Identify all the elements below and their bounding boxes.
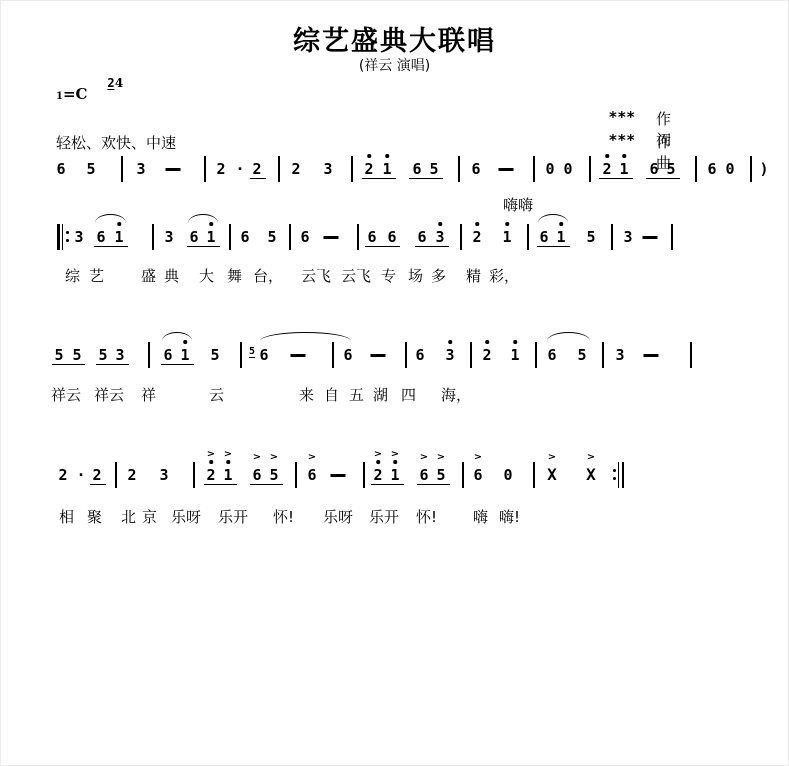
repeat-dot [613, 469, 616, 472]
note: 6 [367, 228, 376, 246]
key-signature: 1=C [56, 85, 87, 103]
lyric-text: 云飞 [301, 265, 331, 286]
note: 2 [127, 466, 136, 484]
octave-dot-icon [385, 154, 389, 158]
note: 3 [435, 228, 444, 246]
accent-mark-icon: > [270, 455, 278, 462]
octave-dot-icon [376, 460, 380, 464]
slur-arc [547, 332, 590, 341]
lyric-text: 场 [408, 265, 423, 286]
barline [204, 156, 206, 182]
sheet-music-page: 综艺盛典大联唱 (祥云 演唱) 1=C 2 4 *** 作词 *** 作曲 轻松… [0, 0, 789, 766]
octave-dot-icon [448, 340, 452, 344]
lyric-text: 乐呀 [171, 506, 201, 527]
note: 1 [223, 466, 232, 484]
duration-dash [644, 354, 659, 357]
octave-dot-icon [505, 222, 509, 226]
music-line-2: 3613616566663216153 [1, 228, 789, 258]
eighth-underline [250, 484, 283, 485]
barline [750, 156, 752, 182]
accent-mark-icon: > [420, 455, 428, 462]
octave-dot-icon [622, 154, 626, 158]
repeat-dot [613, 477, 616, 480]
note: 6 [307, 466, 316, 484]
eighth-underline [365, 246, 400, 247]
dotted-note-dot: · [235, 160, 244, 178]
barline [460, 224, 462, 250]
duration-dash [324, 236, 339, 239]
eighth-underline [599, 178, 633, 179]
lyric-text: 舞 [227, 265, 242, 286]
lyric-text: 大 [199, 265, 214, 286]
barline [289, 224, 291, 250]
lyric-text: 乐开 [369, 506, 399, 527]
lyric-text: 五 [349, 384, 364, 405]
note: 1 [502, 228, 511, 246]
octave-dot-icon [485, 340, 489, 344]
eighth-underline [250, 178, 266, 179]
eighth-underline [362, 178, 396, 179]
octave-dot-icon [393, 460, 397, 464]
lyric-text: 北 [121, 506, 136, 527]
composer-name: *** [609, 131, 636, 149]
note: 2 [482, 346, 491, 364]
lyric-text: 海， [441, 384, 471, 405]
barline [229, 224, 231, 250]
lyric-text: 彩， [489, 265, 519, 286]
barline [690, 342, 692, 368]
lyric-text: 相 [59, 506, 74, 527]
barline [357, 224, 359, 250]
eighth-underline [52, 364, 85, 365]
slur-arc [260, 332, 351, 341]
note: 2 [472, 228, 481, 246]
lyric-text: 嗨 [473, 506, 488, 527]
note: 5 [586, 228, 595, 246]
music-line-4: 2·2232>1>6>5>6>2>1>6>5>6>0X>X> [1, 466, 789, 496]
eighth-underline [409, 178, 443, 179]
time-signature: 2 4 [111, 77, 127, 90]
note: 5 [54, 346, 63, 364]
accent-mark-icon: > [474, 455, 482, 462]
music-line-3: 55536155666321653 [1, 346, 789, 376]
lyric-text: 京 [142, 506, 157, 527]
lyric-text: 祥 [141, 384, 156, 405]
note: 2 [216, 160, 225, 178]
note: 5 [436, 466, 445, 484]
note: 3 [615, 346, 624, 364]
note: 0 [725, 160, 734, 178]
lyric-text: 台， [253, 265, 283, 286]
note: 6 [473, 466, 482, 484]
lyric-text: 多 [431, 265, 446, 286]
note: 6 [56, 160, 65, 178]
duration-dash [291, 354, 306, 357]
lyric-text: 嗨嗨 [503, 194, 533, 215]
eighth-underline [646, 178, 680, 179]
performer-subtitle: (祥云 演唱) [1, 55, 788, 75]
music-line-1: 6532·2232165600216560) [1, 160, 789, 190]
note: 3 [164, 228, 173, 246]
accent-mark-icon: > [374, 452, 382, 459]
lyrics-line-1: 嗨嗨 [1, 194, 789, 216]
octave-dot-icon [605, 154, 609, 158]
note: 6 [547, 346, 556, 364]
note: 3 [445, 346, 454, 364]
barline [332, 342, 334, 368]
lyric-text: 专 [381, 265, 396, 286]
accent-mark-icon: > [391, 452, 399, 459]
note: 1 [510, 346, 519, 364]
lyric-text: 云飞 [341, 265, 371, 286]
note: 1 [180, 346, 189, 364]
duration-dash [166, 168, 181, 171]
repeat-thin-bar [618, 462, 619, 488]
eighth-underline [187, 246, 220, 247]
repeat-dot [66, 231, 69, 234]
barline [527, 224, 529, 250]
octave-dot-icon [209, 460, 213, 464]
eighth-underline [371, 484, 404, 485]
note: 5 [429, 160, 438, 178]
lyric-text: 自 [324, 384, 339, 405]
note: 6 [419, 466, 428, 484]
note: 2 [291, 160, 300, 178]
duration-dash [643, 236, 658, 239]
grace-note: 5 [249, 346, 255, 358]
barline [611, 224, 613, 250]
note: 6 [300, 228, 309, 246]
eighth-underline [417, 484, 450, 485]
barline [363, 462, 365, 488]
lyric-text: 怀! [273, 506, 294, 527]
tempo-marking: 轻松、欢快、中速 [56, 132, 176, 153]
eighth-underline [161, 364, 194, 365]
note: 3 [159, 466, 168, 484]
note: 2 [602, 160, 611, 178]
lyric-text: 乐呀 [323, 506, 353, 527]
note: 3 [115, 346, 124, 364]
eighth-underline [415, 246, 449, 247]
lyricist-name: *** [609, 108, 636, 126]
note: 2 [373, 466, 382, 484]
lyric-text: 嗨! [499, 506, 520, 527]
barline [458, 156, 460, 182]
accent-mark-icon: > [253, 455, 261, 462]
note: 5 [86, 160, 95, 178]
octave-dot-icon [475, 222, 479, 226]
note: 0 [545, 160, 554, 178]
dotted-note-dot: · [76, 466, 85, 484]
accent-mark-icon: > [207, 452, 215, 459]
note: 3 [74, 228, 83, 246]
lyric-text: 祥云 [94, 384, 124, 405]
barline [193, 462, 195, 488]
lyrics-line-2: 综艺盛典大舞台，云飞云飞专场多精彩， [1, 265, 789, 287]
key-signature-value: =C [63, 85, 88, 103]
note: 6 [343, 346, 352, 364]
lyric-text: 聚 [87, 506, 102, 527]
note: 2 [252, 160, 261, 178]
barline [671, 224, 673, 250]
note: 6 [259, 346, 268, 364]
barline [695, 156, 697, 182]
lyric-text: 精 [466, 265, 481, 286]
closing-paren: ) [759, 160, 768, 178]
repeat-thick-bar [622, 462, 625, 488]
note: 2 [364, 160, 373, 178]
note: 6 [252, 466, 261, 484]
note: 3 [323, 160, 332, 178]
lyric-text: 云 [209, 384, 224, 405]
note: 6 [649, 160, 658, 178]
note: 1 [382, 160, 391, 178]
note: 5 [666, 160, 675, 178]
barline [470, 342, 472, 368]
lyric-text: 综 [65, 265, 80, 286]
octave-dot-icon [367, 154, 371, 158]
eighth-underline [96, 364, 129, 365]
note: 6 [415, 346, 424, 364]
barline [115, 462, 117, 488]
barline [152, 224, 154, 250]
note: 6 [96, 228, 105, 246]
accent-mark-icon: > [224, 452, 232, 459]
barline [405, 342, 407, 368]
slur-arc [162, 332, 192, 341]
lyric-text: 艺 [89, 265, 104, 286]
note: 5 [577, 346, 586, 364]
repeat-thick-bar [57, 224, 60, 250]
note: 1 [390, 466, 399, 484]
eighth-underline [90, 484, 106, 485]
lyric-text: 盛 [141, 265, 156, 286]
duration-dash [499, 168, 514, 171]
barline [589, 156, 591, 182]
note: 6 [412, 160, 421, 178]
note: 1 [114, 228, 123, 246]
barline [602, 342, 604, 368]
note: 6 [240, 228, 249, 246]
percussion-note: X [586, 466, 596, 484]
note: 5 [210, 346, 219, 364]
lyric-text: 乐开 [218, 506, 248, 527]
note: 6 [471, 160, 480, 178]
note: 6 [539, 228, 548, 246]
lyric-text: 典 [164, 265, 179, 286]
barline [351, 156, 353, 182]
note: 5 [72, 346, 81, 364]
duration-dash [371, 354, 386, 357]
duration-dash [331, 474, 346, 477]
eighth-underline [204, 484, 237, 485]
note: 2 [58, 466, 67, 484]
lyric-text: 祥云 [51, 384, 81, 405]
percussion-note: X [547, 466, 557, 484]
eighth-underline [94, 246, 128, 247]
note: 5 [267, 228, 276, 246]
note: 1 [556, 228, 565, 246]
octave-dot-icon [513, 340, 517, 344]
note: 5 [269, 466, 278, 484]
note: 1 [206, 228, 215, 246]
note: 6 [189, 228, 198, 246]
accent-mark-icon: > [437, 455, 445, 462]
lyric-text: 来 [299, 384, 314, 405]
barline [240, 342, 242, 368]
barline [535, 342, 537, 368]
note: 2 [206, 466, 215, 484]
song-title: 综艺盛典大联唱 [1, 19, 788, 58]
lyrics-line-3: 祥云祥云祥云来自五湖四海， [1, 384, 789, 406]
repeat-dot [66, 239, 69, 242]
note: 5 [98, 346, 107, 364]
barline [148, 342, 150, 368]
lyric-text: 湖 [373, 384, 388, 405]
barline [278, 156, 280, 182]
repeat-thin-bar [62, 224, 63, 250]
accent-mark-icon: > [587, 455, 595, 462]
note: 6 [163, 346, 172, 364]
octave-dot-icon [226, 460, 230, 464]
note: 3 [623, 228, 632, 246]
barline [462, 462, 464, 488]
note: 6 [387, 228, 396, 246]
note: 1 [619, 160, 628, 178]
barline [295, 462, 297, 488]
lyric-text: 四 [401, 384, 416, 405]
note: 2 [92, 466, 101, 484]
barline [533, 462, 535, 488]
key-signature-prefix: 1 [56, 91, 63, 102]
note: 3 [136, 160, 145, 178]
lyric-text: 怀! [416, 506, 437, 527]
note: 6 [417, 228, 426, 246]
eighth-underline [537, 246, 570, 247]
accent-mark-icon: > [548, 455, 556, 462]
barline [121, 156, 123, 182]
note: 6 [707, 160, 716, 178]
time-signature-numerator: 2 [107, 77, 114, 90]
barline [533, 156, 535, 182]
lyrics-line-4: 相聚北京乐呀乐开怀!乐呀乐开怀!嗨嗨! [1, 506, 789, 528]
note: 0 [563, 160, 572, 178]
accent-mark-icon: > [308, 455, 316, 462]
octave-dot-icon [438, 222, 442, 226]
note: 0 [503, 466, 512, 484]
